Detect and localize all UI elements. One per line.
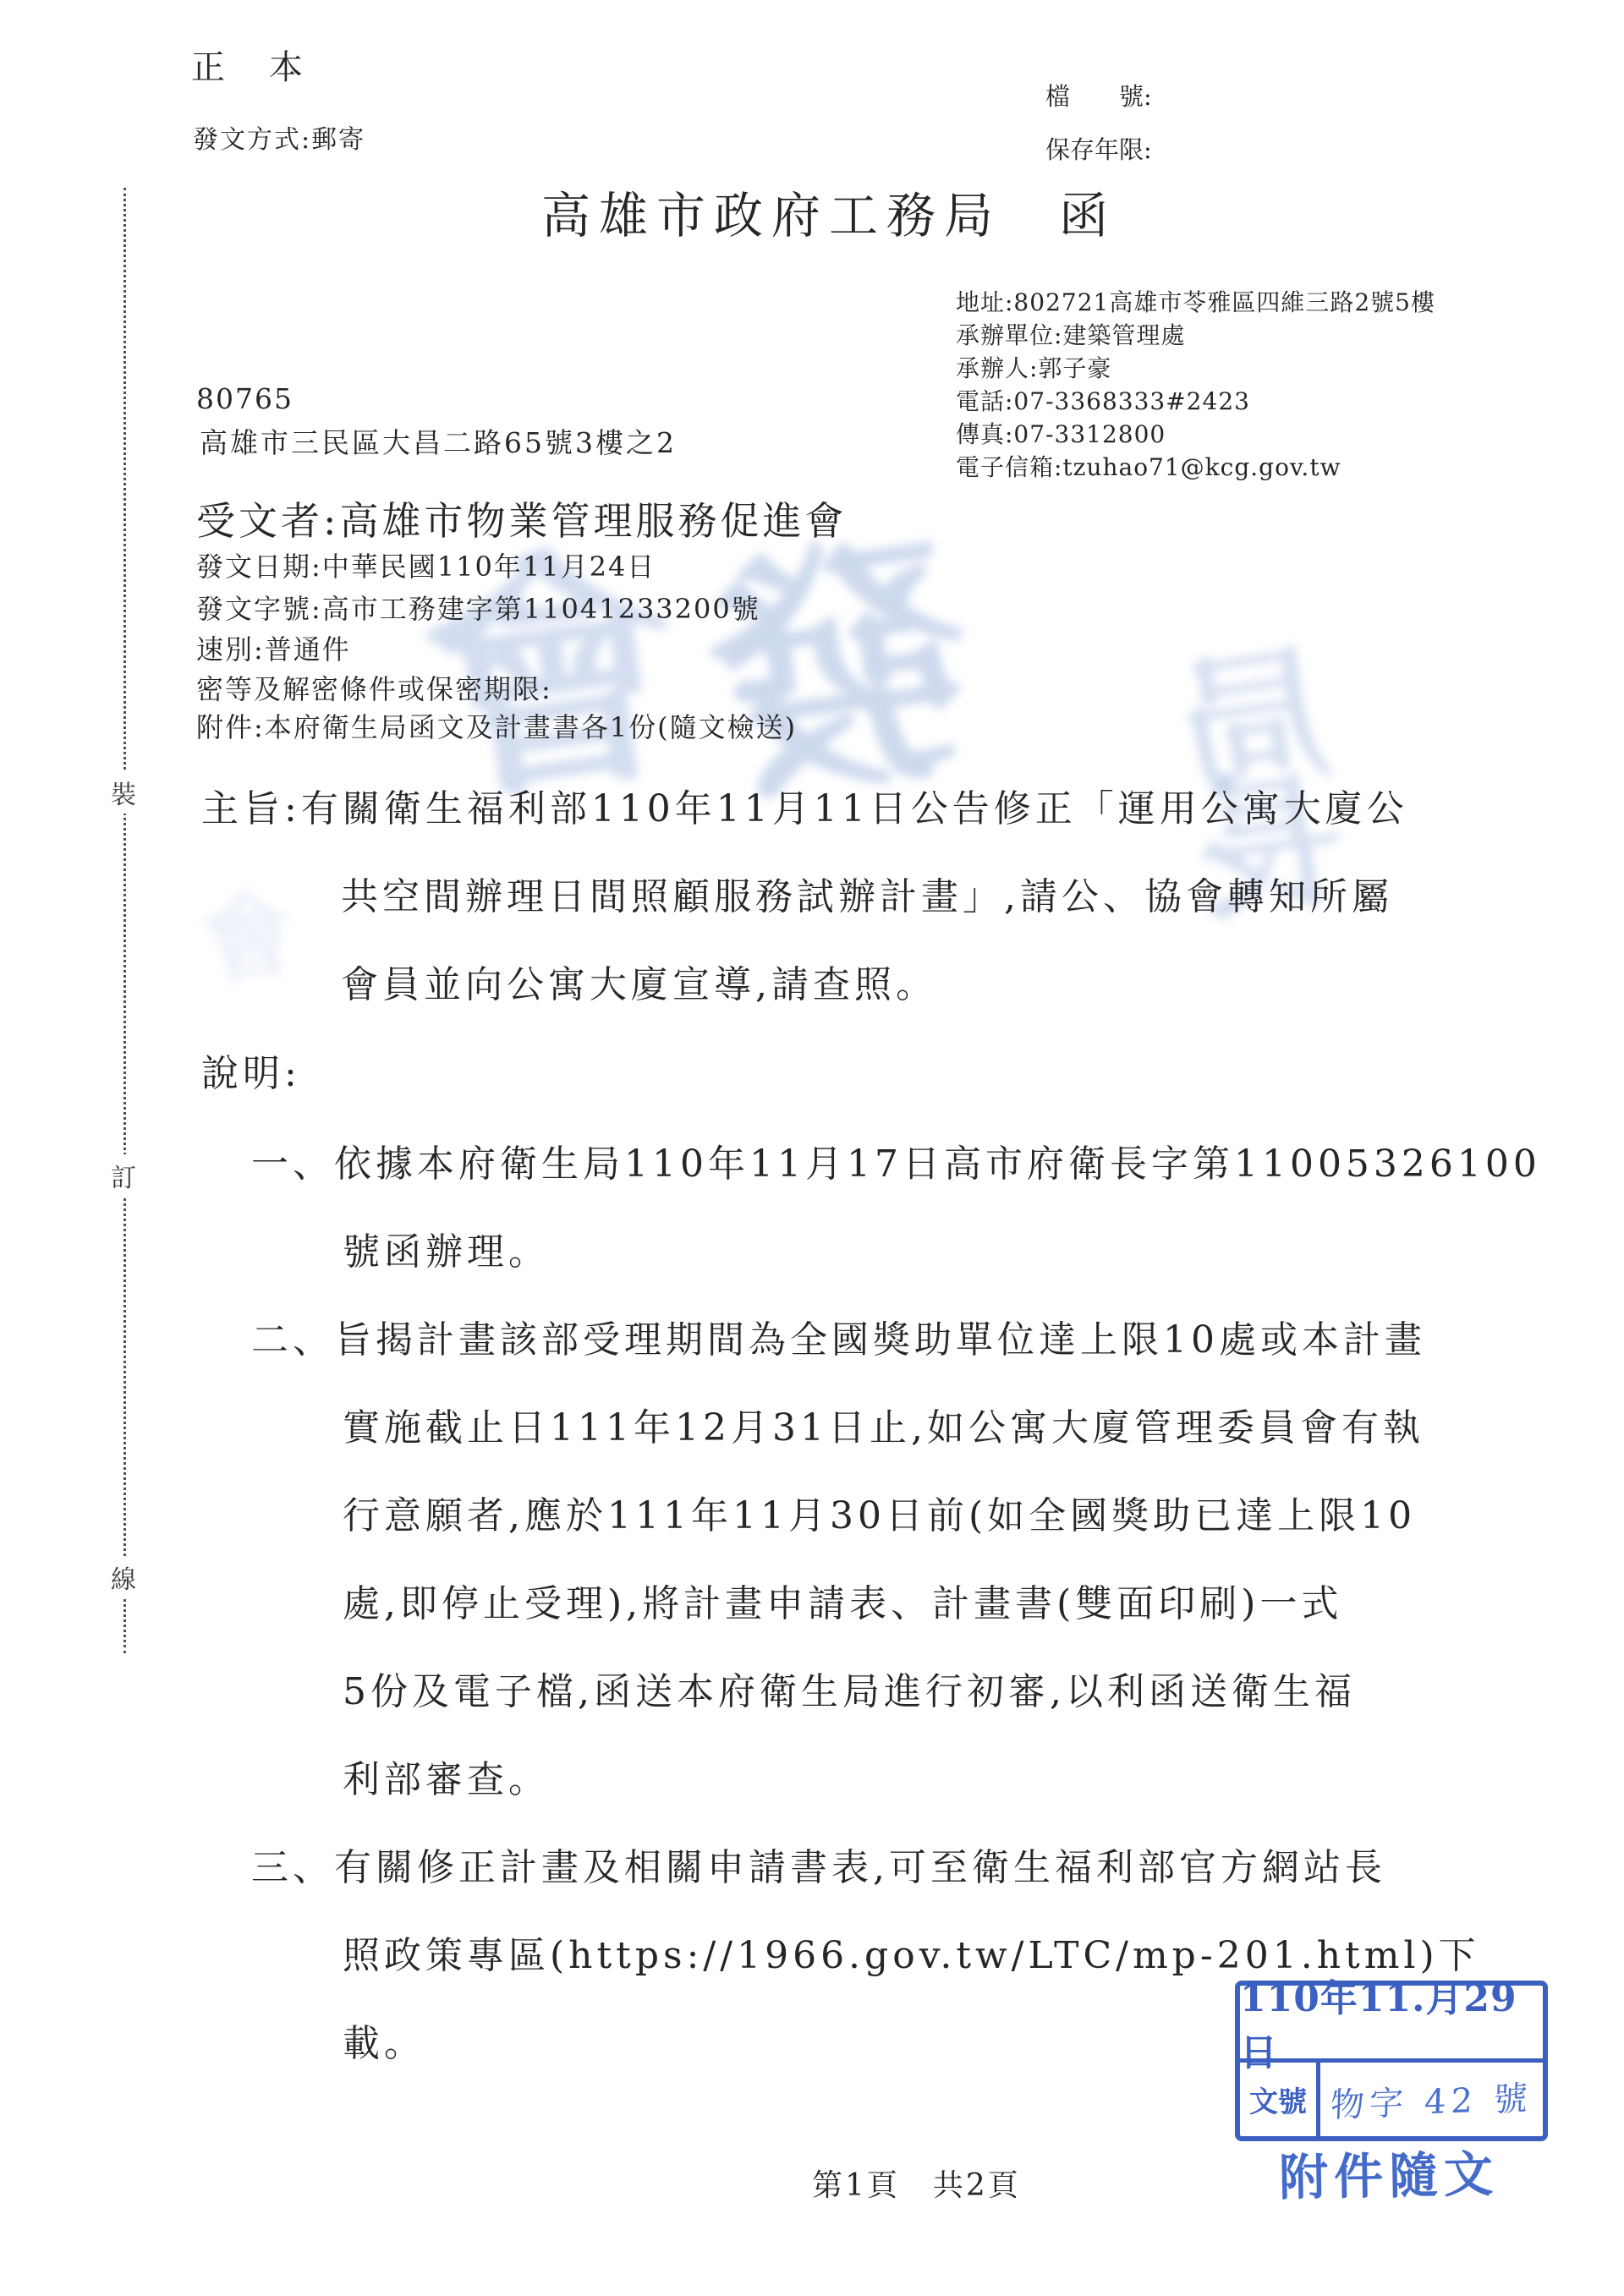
copy-type-label: 正 本 <box>191 41 308 89</box>
binding-dotted-line <box>123 188 126 1653</box>
binding-char-xian: 線 <box>111 1556 136 1598</box>
explanation-line: 利部審查。 <box>343 1749 550 1803</box>
delivery-method: 發文方式:郵寄 <box>193 118 365 156</box>
subject-line: 共空間辦理日間照顧服務試辦計畫」,請公、協會轉知所屬 <box>341 866 1393 920</box>
received-stamp-docno-value: 物字 42 號 <box>1319 2058 1544 2140</box>
binding-char-ding: 訂 <box>111 1154 136 1197</box>
speed-class: 速別:普通件 <box>196 628 351 667</box>
file-number-label: 檔 號: <box>1045 78 1152 112</box>
recipient-line: 受文者:高雄市物業管理服務促進會 <box>196 490 848 546</box>
recipient-postal-code: 80765 <box>196 382 294 415</box>
received-stamp-date: 110年11.月29日 <box>1240 1986 1543 2058</box>
retention-period-label: 保存年限: <box>1045 131 1152 166</box>
bleed-through-stamp-glyph: 發 <box>694 524 990 820</box>
explanation-line: 處,即停止受理),將計畫申請表、計畫書(雙面印刷)一式 <box>343 1573 1342 1627</box>
sender-address: 地址:802721高雄市苓雅區四維三路2號5樓 <box>956 286 1435 319</box>
recipient-address: 高雄市三民區大昌二路65號3樓之2 <box>200 421 677 461</box>
explanation-line: 實施截止日111年12月31日止,如公寓大廈管理委員會有執 <box>343 1397 1424 1451</box>
sender-email: 電子信箱:tzuhao71@kcg.gov.tw <box>956 451 1435 484</box>
sender-contact-block: 地址:802721高雄市苓雅區四維三路2號5樓 承辦單位:建築管理處 承辦人:郭… <box>956 286 1435 484</box>
explanation-line: 一、依據本府衛生局110年11月17日高市府衛長字第11005326100 <box>251 1133 1541 1187</box>
subject-line: 主旨:有關衛生福利部110年11月11日公告修正「運用公寓大廈公 <box>201 778 1408 832</box>
explanation-line: 5份及電子檔,函送本府衛生局進行初審,以利函送衛生福 <box>343 1661 1356 1715</box>
subject-line: 會員並向公寓大廈宣導,請查照。 <box>341 954 937 1008</box>
sender-fax: 傳真:07-3312800 <box>956 418 1435 451</box>
binding-char-zhuang: 裝 <box>111 771 136 814</box>
sender-unit: 承辦單位:建築管理處 <box>956 319 1435 352</box>
explanation-line: 行意願者,應於111年11月30日前(如全國獎助已達上限10 <box>343 1485 1416 1539</box>
page-number-footer: 第1頁 共2頁 <box>812 2162 1021 2205</box>
sender-phone: 電話:07-3368333#2423 <box>956 385 1435 418</box>
explanation-line: 號函辦理。 <box>343 1221 550 1275</box>
security-class: 密等及解密條件或保密期限: <box>196 668 552 707</box>
bleed-through-stamp-glyph: 會 <box>197 886 302 991</box>
scanned-official-letter: 會 發 局 長 會 裝 訂 線 正 本 發文方式:郵寄 檔 號: 保存年限: 高… <box>0 0 1624 2296</box>
attachment-follows-handwriting: 附件隨文 <box>1278 2134 1499 2210</box>
document-title: 高雄市政府工務局 函 <box>541 176 1116 247</box>
explanation-line: 三、有關修正計畫及相關申請書表,可至衛生福利部官方網站長 <box>251 1837 1386 1891</box>
explanation-line: 二、旨揭計畫該部受理期間為全國獎助單位達上限10處或本計畫 <box>251 1309 1426 1363</box>
sender-contact-person: 承辦人:郭子豪 <box>956 352 1435 385</box>
explanation-heading: 說明: <box>201 1043 301 1097</box>
received-date-stamp: 110年11.月29日 文號 物字 42 號 <box>1235 1981 1548 2141</box>
issue-date: 發文日期:中華民國110年11月24日 <box>196 545 656 584</box>
explanation-line: 載。 <box>343 2013 425 2067</box>
issue-number: 發文字號:高市工務建字第11041233200號 <box>196 588 760 627</box>
attachment-note-line: 附件:本府衛生局函文及計畫書各1份(隨文檢送) <box>196 706 797 745</box>
received-stamp-docno-label: 文號 <box>1240 2063 1320 2136</box>
received-stamp-number-row: 文號 物字 42 號 <box>1240 2058 1543 2136</box>
